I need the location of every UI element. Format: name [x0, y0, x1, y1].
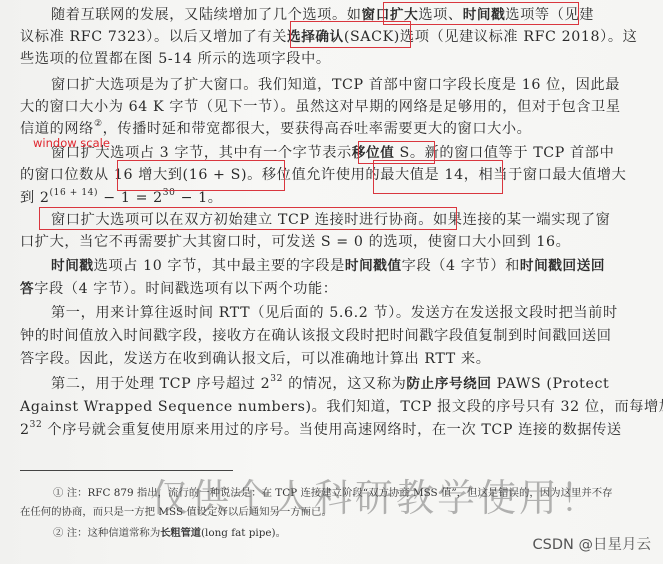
bold-term-timestamp-value: 时间戳值 — [345, 258, 402, 274]
p3-line-2: 的窗口位数从 16 增大到(16 + S)。移位值允许使用的最大值是 14，相当… — [20, 164, 652, 186]
text: 第一，用来计算往返时间 RTT（见后面的 5.6.2 节）。发送方在发送报文段时… — [51, 305, 618, 321]
bold-term-window-scale: 窗口扩大 — [362, 7, 419, 23]
p6-line-2: 钟的时间值放入时间戳字段，接收方在确认该报文段时把时间戳字段值复制到时间戳回送回 — [20, 325, 652, 347]
text: 选项占 10 字节，其中最主要的字段是 — [94, 258, 345, 274]
text: 到 2 — [20, 190, 50, 206]
p1-line-1: 随着互联网的发展，又陆续增加了几个选项。如窗口扩大选项、时间戳选项等（见建 — [20, 4, 663, 26]
text: − 1 = 2 — [98, 190, 163, 206]
bold-term-timestamp: 时间戳 — [463, 7, 506, 23]
bold-term-timestamp-echo: 答 — [20, 281, 34, 297]
text: PAWS (Protect — [492, 376, 610, 392]
text: 窗口扩大选项是为了扩大窗口。我们知道，TCP 首部中窗口字段长度是 16 位，因… — [51, 77, 620, 93]
text: (SACK)选项（见建议标准 RFC 2018）。这 — [344, 29, 638, 45]
textbook-page: 随着互联网的发展，又陆续增加了几个选项。如窗口扩大选项、时间戳选项等（见建 议标… — [0, 0, 663, 564]
p7-line-2: Against Wrapped Sequence numbers)。我们知道，T… — [20, 396, 652, 418]
exponent: 30 — [163, 188, 176, 198]
text: 第二，用于处理 TCP 序号超过 2 — [51, 376, 270, 392]
csdn-credit: CSDN @日星月云 — [533, 533, 651, 554]
text: ，传播时延和带宽都很大，要获得高吞吐率需要更大的窗口大小。 — [103, 121, 532, 137]
exponent: 32 — [270, 374, 283, 384]
text: 个序号就会重复使用原来用过的序号。当使用高速网络时，在一次 TCP 连接的数据传… — [42, 422, 621, 438]
p1-line-3: 些选项的位置都在图 5-14 所示的选项字段中。 — [20, 48, 652, 70]
footnote-ref-2[interactable]: ② — [94, 119, 103, 129]
p5-line-1: 时间戳选项占 10 字节，其中最主要的字段是时间戳值字段（4 字节）和时间戳回送… — [20, 255, 663, 277]
text: 窗口扩大选项可以在双方初始建立 TCP 连接时进行协商。如果连接的某一端实现了窗 — [51, 212, 610, 228]
text: 议标准 RFC 7323）。以后又增加了有关 — [20, 29, 287, 45]
p3-line-1: 窗口扩大选项占 3 字节，其中有一个字节表示移位值 S。新的窗口值等于 TCP … — [20, 142, 663, 164]
text: ② 注：这种信道常称为 — [53, 527, 160, 539]
text: − 1。 — [175, 190, 222, 206]
p6-line-1: 第一，用来计算往返时间 RTT（见后面的 5.6.2 节）。发送方在发送报文段时… — [20, 302, 663, 324]
text: 字段（4 字节）。时间戳选项有以下两个功能： — [34, 281, 337, 297]
annotation-label-window-scale: window scale — [33, 137, 110, 150]
exponent: (16 + 14) — [50, 188, 99, 198]
text: 答字段。因此，发送方在收到确认报文后，可以准确地计算出 RTT 来。 — [20, 351, 490, 367]
p1-line-2: 议标准 RFC 7323）。以后又增加了有关选择确认(SACK)选项（见建议标准… — [20, 26, 652, 48]
p7-line-3: 232 个序号就会重复使用原来用过的序号。当使用高速网络时，在一次 TCP 连接… — [20, 419, 652, 441]
text: 钟的时间值放入时间戳字段，接收方在确认该报文段时把时间戳字段值复制到时间戳回送回 — [20, 328, 612, 344]
text: 随着互联网的发展，又陆续增加了几个选项。如 — [51, 7, 362, 23]
text: 选项、 — [418, 7, 462, 23]
p3-line-3: 到 2(16 + 14) − 1 = 230 − 1。 — [20, 187, 652, 209]
text: 些选项的位置都在图 5-14 所示的选项字段中。 — [20, 51, 331, 67]
text: 口扩大，当它不再需要扩大其窗口时，可发送 S = 0 的选项，使窗口大小回到 1… — [20, 234, 570, 250]
text: 大的窗口大小为 64 K 字节（见下一节）。虽然这对早期的网络是足够用的，但对于… — [20, 99, 621, 115]
text: 2 — [20, 422, 30, 438]
text: Against Wrapped Sequence numbers)。我们知道，T… — [20, 399, 663, 415]
bold-term-timestamp: 时间戳 — [51, 258, 94, 274]
p2-line-3: 信道的网络②，传播时延和带宽都很大，要获得高吞吐率需要更大的窗口大小。 — [20, 118, 652, 140]
bold-term-sack: 选择确认 — [287, 29, 344, 45]
p5-line-2: 答字段（4 字节）。时间戳选项有以下两个功能： — [20, 278, 652, 300]
p2-line-1: 窗口扩大选项是为了扩大窗口。我们知道，TCP 首部中窗口字段长度是 16 位，因… — [20, 74, 663, 96]
text: 的情况，这又称为 — [283, 376, 406, 392]
bold-term-shift-count: 移位值 — [352, 145, 395, 161]
p4-line-1: 窗口扩大选项可以在双方初始建立 TCP 连接时进行协商。如果连接的某一端实现了窗 — [20, 209, 663, 231]
footnote-2: ② 注：这种信道常称为长粗管道(long fat pipe)。 — [53, 525, 286, 542]
text: 的窗口位数从 16 增大到(16 + S)。移位值允许使用的最大值是 14，相当… — [20, 167, 626, 183]
watermark: 仅供个人科研教学使用！ — [150, 467, 601, 522]
bold-term-timestamp-echo: 时间戳回送回 — [520, 258, 605, 274]
exponent: 32 — [30, 420, 43, 430]
bold-term-long-fat-pipe: 长粗管道 — [160, 528, 201, 539]
p2-line-2: 大的窗口大小为 64 K 字节（见下一节）。虽然这对早期的网络是足够用的，但对于… — [20, 96, 652, 118]
text: 选项等（见建 — [505, 7, 594, 23]
p6-line-3: 答字段。因此，发送方在收到确认报文后，可以准确地计算出 RTT 来。 — [20, 348, 652, 370]
p7-line-1: 第二，用于处理 TCP 序号超过 232 的情况，这又称为防止序号绕回 PAWS… — [20, 373, 663, 395]
text: (long fat pipe)。 — [201, 527, 286, 539]
text: 字段（4 字节）和 — [402, 258, 520, 274]
text: 信道的网络 — [20, 121, 94, 137]
bold-term-paws: 防止序号绕回 — [406, 376, 491, 392]
text: S。新的窗口值等于 TCP 首部中 — [394, 145, 614, 161]
p4-line-2: 口扩大，当它不再需要扩大其窗口时，可发送 S = 0 的选项，使窗口大小回到 1… — [20, 231, 652, 253]
